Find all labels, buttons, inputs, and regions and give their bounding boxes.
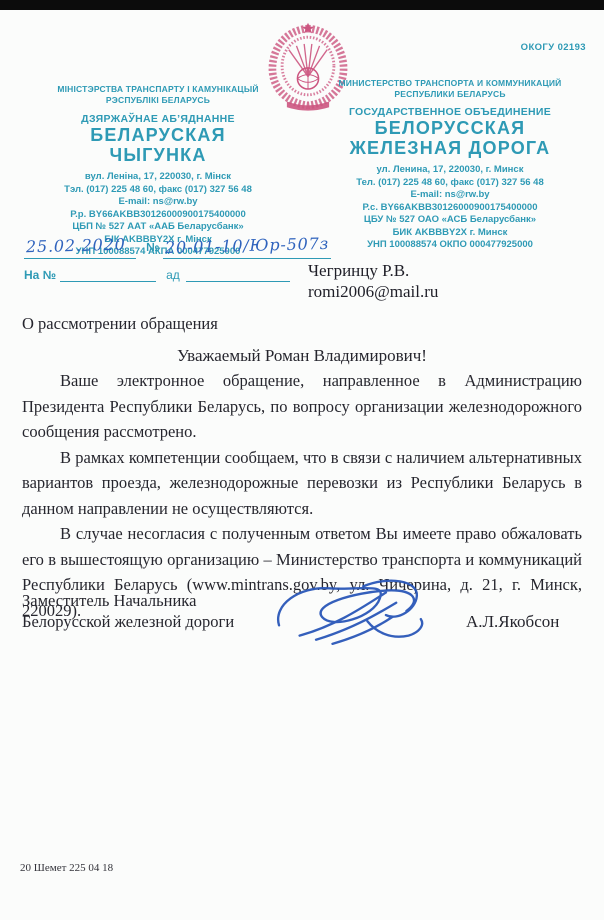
okogu-code: ОКОГУ 02193 — [521, 42, 586, 53]
executor-note: 20 Шемет 225 04 18 — [20, 862, 113, 874]
reply-date-blank — [186, 269, 290, 282]
address-line: ЦБУ № 527 ОАО «АСБ Беларусбанк» — [304, 214, 596, 227]
address-line: E-mail: ns@rw.by — [304, 189, 596, 202]
address-line: УНП 100088574 ОКПО 000477925000 — [304, 239, 596, 252]
address-line: Р.р. BY66AKBB30126000900175400000 — [12, 209, 304, 222]
address-line: вул. Леніна, 17, 220030, г. Мінск — [12, 171, 304, 184]
handwritten-outgoing-number: 20-01-10/Юр-507з — [165, 234, 330, 257]
address-line: Р.с. BY66AKBB30126000900175400000 — [304, 202, 596, 215]
ministry-line1-ru: МИНИСТЕРСТВО ТРАНСПОРТА И КОММУНИКАЦИЙ — [304, 78, 596, 89]
address-block-ru: ул. Ленина, 17, 220030, г. Минск Тел. (0… — [304, 164, 596, 252]
signer-name: А.Л.Якобсон — [466, 612, 559, 632]
org-type-ru: ГОСУДАРСТВЕННОЕ ОБЪЕДИНЕНИЕ — [304, 106, 596, 118]
handwritten-signature-icon — [264, 576, 440, 656]
salutation: Уважаемый Роман Владимирович! — [0, 346, 604, 366]
ministry-line2-by: РЭСПУБЛІКІ БЕЛАРУСЬ — [12, 95, 304, 106]
letter-document: ОКОГУ 02193 МІНІСТЭРСТВА ТРАНСПАРТУ І КА… — [0, 0, 604, 920]
body-paragraph-2: В рамках компетенции сообщаем, что в свя… — [22, 445, 582, 522]
ministry-line1-by: МІНІСТЭРСТВА ТРАНСПАРТУ І КАМУНІКАЦЫЙ — [12, 84, 304, 95]
reply-number-blank — [60, 269, 156, 282]
reply-reference-line: На №ад — [24, 268, 290, 282]
number-sign: № — [146, 240, 159, 254]
address-line: Тел. (017) 225 48 60, факс (017) 327 56 … — [304, 177, 596, 190]
letterhead-left: МІНІСТЭРСТВА ТРАНСПАРТУ І КАМУНІКАЦЫЙ РЭ… — [12, 84, 304, 259]
scan-top-black-bar — [0, 0, 604, 10]
recipient-block: Чегринцу Р.В. romi2006@mail.ru — [308, 260, 438, 302]
signer-title-line2: Белорусской железной дороги — [22, 611, 234, 632]
address-line: Тэл. (017) 225 48 60, факс (017) 327 56 … — [12, 184, 304, 197]
org-name-ru-1: БЕЛОРУССКАЯ — [304, 118, 596, 138]
org-type-by: ДЗЯРЖАЎНАЕ АБ’ЯДНАННЕ — [12, 113, 304, 125]
recipient-email: romi2006@mail.ru — [308, 281, 438, 302]
org-name-by-2: ЧЫГУНКА — [12, 145, 304, 165]
letterhead-right: МИНИСТЕРСТВО ТРАНСПОРТА И КОММУНИКАЦИЙ Р… — [304, 78, 596, 252]
body-paragraph-1: Ваше электронное обращение, направленное… — [22, 368, 582, 445]
subject-line: О рассмотрении обращения — [22, 314, 218, 334]
org-name-ru-2: ЖЕЛЕЗНАЯ ДОРОГА — [304, 138, 596, 158]
signer-title: Заместитель Начальника Белорусской желез… — [22, 590, 234, 632]
reference-line: 25.02.2020№20-01-10/Юр-507з — [24, 236, 324, 259]
ministry-line2-ru: РЕСПУБЛИКИ БЕЛАРУСЬ — [304, 89, 596, 100]
handwritten-date: 25.02.2020 — [26, 235, 126, 257]
reply-label: На № — [24, 268, 56, 282]
address-line: БИК AKBBBY2X г. Минск — [304, 227, 596, 240]
address-line: E-mail: ns@rw.by — [12, 196, 304, 209]
address-line: ул. Ленина, 17, 220030, г. Минск — [304, 164, 596, 177]
org-name-by-1: БЕЛАРУСКАЯ — [12, 125, 304, 145]
reply-preposition: ад — [166, 268, 180, 282]
signer-title-line1: Заместитель Начальника — [22, 590, 234, 611]
recipient-name: Чегринцу Р.В. — [308, 260, 438, 281]
address-line: ЦБП № 527 ААТ «ААБ Беларусбанк» — [12, 221, 304, 234]
